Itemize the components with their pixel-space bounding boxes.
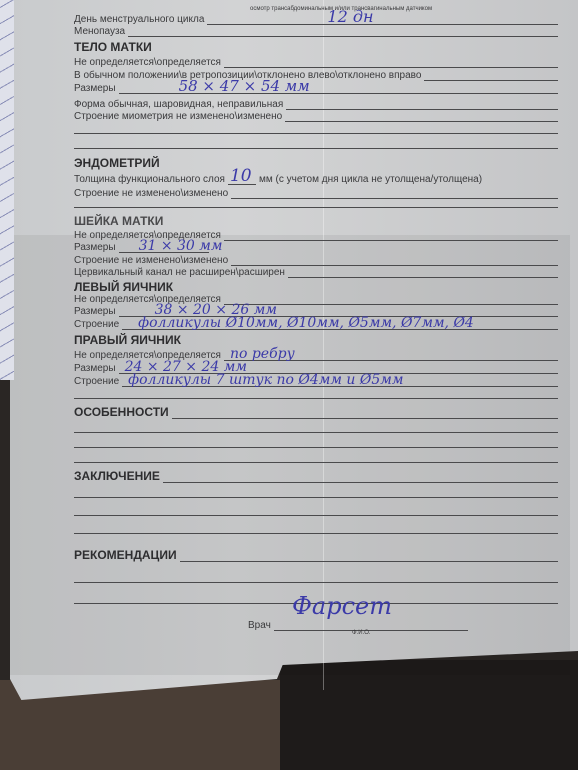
uterus-size-value: 58 × 47 × 54 мм <box>179 77 310 95</box>
blank-line <box>74 515 558 516</box>
cervical-canal-field: Цервикальный канал не расширен\расширен <box>74 267 558 278</box>
endometrium-thickness-value: 10 <box>230 166 252 186</box>
right-ovary-structure-field: Строение фолликулы 7 штук по Ø4мм и Ø5мм <box>74 376 558 387</box>
blank-line <box>74 398 558 399</box>
doctor-name-caption: Ф.И.О. <box>352 630 371 636</box>
endometrium-heading: ЭНДОМЕТРИЙ <box>74 156 160 170</box>
features-field: ОСОБЕННОСТИ <box>74 405 558 419</box>
cervix-structure-field: Строение не изменено\изменено <box>74 255 558 266</box>
doctor-signature: Фарсет <box>292 592 392 620</box>
cervix-heading: ШЕЙКА МАТКИ <box>74 214 163 228</box>
blank-line <box>74 432 558 433</box>
endometrium-thickness-field: Толщина функционального слоя 10 мм (с уч… <box>74 174 558 185</box>
right-ovary-structure-value: фолликулы 7 штук по Ø4мм и Ø5мм <box>128 372 403 388</box>
left-ovary-detect-field: Не определяется\определяется <box>74 294 558 305</box>
blank-line <box>74 533 558 534</box>
blank-line <box>74 447 558 448</box>
blank-line <box>74 133 558 134</box>
uterus-size-field: Размеры 58 × 47 × 54 мм <box>74 83 558 94</box>
background-dark <box>280 660 578 770</box>
blank-line <box>74 462 558 463</box>
myometrium-field: Строение миометрия не изменено\изменено <box>74 111 558 122</box>
right-ovary-heading: ПРАВЫЙ ЯИЧНИК <box>74 333 181 347</box>
cervix-size-value: 31 × 30 мм <box>139 238 223 254</box>
left-ovary-structure-field: Строение фолликулы Ø10мм, Ø10мм, Ø5мм, Ø… <box>74 319 558 330</box>
cycle-day-field: День менструального цикла 12 дн <box>74 14 558 25</box>
blank-line <box>74 497 558 498</box>
recommendations-heading: РЕКОМЕНДАЦИИ <box>74 548 177 562</box>
conclusion-field: ЗАКЛЮЧЕНИЕ <box>74 469 558 483</box>
features-heading: ОСОБЕННОСТИ <box>74 405 169 419</box>
uterus-heading: ТЕЛО МАТКИ <box>74 40 152 54</box>
conclusion-heading: ЗАКЛЮЧЕНИЕ <box>74 469 160 483</box>
cervix-size-field: Размеры 31 × 30 мм <box>74 242 558 253</box>
blank-line <box>74 582 558 583</box>
uterus-shape-field: Форма обычная, шаровидная, неправильная <box>74 99 558 110</box>
underlying-document-edge <box>0 0 14 380</box>
recommendations-field: РЕКОМЕНДАЦИИ <box>74 548 558 562</box>
left-ovary-structure-value: фолликулы Ø10мм, Ø10мм, Ø5мм, Ø7мм, Ø4 <box>138 315 474 331</box>
left-ovary-heading: ЛЕВЫЙ ЯИЧНИК <box>74 280 173 294</box>
uterus-detect-field: Не определяется\определяется <box>74 57 558 68</box>
cycle-day-value: 12 дн <box>327 7 373 26</box>
endometrium-structure-field: Строение не изменено\изменено <box>74 188 558 199</box>
blank-line <box>74 207 558 208</box>
menopause-field: Менопауза <box>74 26 558 37</box>
uterus-position-field: В обычном положении\в ретропозиции\откло… <box>74 70 558 81</box>
blank-line <box>74 148 558 149</box>
